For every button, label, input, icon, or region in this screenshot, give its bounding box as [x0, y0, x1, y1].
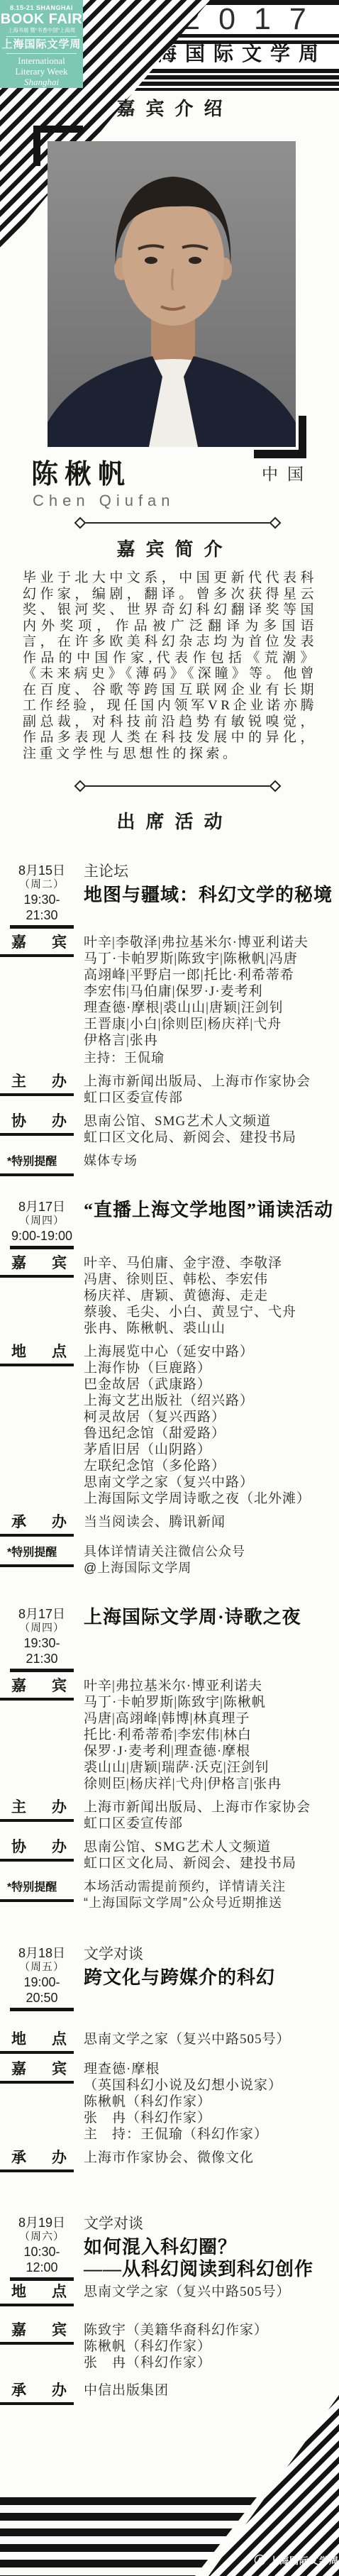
event-5-date-block: 8月19日 （周六） 10:30-12:00: [0, 2215, 74, 2281]
coorganizer-list: 思南公馆、SMG艺术人文频道 虹口区文化局、新阅会、建投书局: [84, 1839, 339, 1872]
event-5: 8月19日 （周六） 10:30-12:00 文学对谈 如何混入科幻圈？ ——从…: [0, 2215, 339, 2405]
event-date-time: 19:30-21:30: [10, 892, 74, 923]
guest-name-en: Chen Qiufan: [33, 492, 175, 509]
guest-list: 叶辛|李敬泽|弗拉基米尔·博亚利诺夫 马丁·卡帕罗斯|陈致宇|陈楸帆|冯唐 高翊…: [84, 934, 339, 1049]
event-5-row-guests: 嘉宾 陈致宇（美籍华裔科幻作家） 陈楸帆（科幻作家） 张 冉（科幻作家）: [0, 2322, 339, 2371]
event-date-time: 19:00-20:50: [10, 1974, 74, 2006]
event-date-day: 8月17日: [10, 1199, 74, 1215]
event-1-title: 地图与疆域：科幻文学的秘境: [84, 884, 339, 906]
badge-title-en: BOOK FAIR: [0, 12, 83, 27]
event-date-day: 8月18日: [10, 1945, 74, 1961]
divider-line: [84, 785, 271, 787]
event-1-row-reminder: *特别提醒 媒体专场: [0, 1153, 339, 1176]
date-underline: [10, 2008, 74, 2011]
row-label-reminder: *特别提醒: [0, 1153, 74, 1176]
event-2-date-block: 8月17日 （周四） 9:00-19:00: [0, 1199, 74, 1249]
guest-name-cn: 陈楸帆: [31, 458, 131, 491]
row-label: 嘉宾: [0, 1678, 74, 1701]
guest-list: 陈致宇（美籍华裔科幻作家） 陈楸帆（科幻作家） 张 冉（科幻作家）: [84, 2322, 339, 2371]
reminder-text: 本场活动需提前预约，详情请关注 “上海国际文学周”公众号近期推送: [84, 1879, 339, 1911]
event-4-date-block: 8月18日 （周五） 19:00-20:50: [0, 1945, 74, 2011]
venue-list: 上海展览中心（延安中路） 上海作协（巨鹿路） 巴金故居（武康路） 上海文艺出版社…: [84, 1344, 339, 1507]
event-1-date-block: 8月15日 （周二） 19:30-21:30: [0, 863, 74, 929]
guest-bio: 毕业于北大中文系，中国更新代代表科幻作家，编剧，翻译。曾多次获得星云奖、银河奖、…: [23, 570, 317, 762]
guest-list: 理查德·摩根 （英国科幻小说及幻想小说家） 陈楸帆（科幻作家） 张 冉（科幻作家…: [84, 2061, 339, 2143]
diamond-icon: [74, 780, 87, 792]
date-underline: [10, 925, 74, 929]
event-1-row-guests: 嘉宾 叶辛|李敬泽|弗拉基米尔·博亚利诺夫 马丁·卡帕罗斯|陈致宇|陈楸帆|冯唐…: [0, 934, 339, 1066]
event-date-weekday: （周六）: [10, 2230, 74, 2243]
event-3: 8月17日 （周四） 19:30-21:30 上海国际文学周·诗歌之夜 嘉宾 叶…: [0, 1606, 339, 1911]
date-underline: [10, 1669, 74, 1672]
event-date-weekday: （周四）: [10, 1622, 74, 1635]
event-2-row-guests: 嘉宾 叶辛、马伯庸、金宇澄、李敬泽 冯唐、徐则臣、韩松、李宏伟 杨庆祥、唐颖、黄…: [0, 1255, 339, 1337]
guest-country: 中国: [262, 465, 313, 485]
venue-list: 思南文学之家（复兴中路505号）: [84, 2031, 339, 2047]
event-1-row-organizer: 主办 上海市新闻出版局、上海市作家协会 虹口区委宣传部: [0, 1073, 339, 1106]
guest-portrait-illustration: [48, 141, 296, 447]
event-1: 8月15日 （周二） 19:30-21:30 主论坛 地图与疆域：科幻文学的秘境…: [0, 863, 339, 1176]
event-1-kind: 主论坛: [84, 863, 339, 881]
event-date-day: 8月19日: [10, 2215, 74, 2230]
book-fair-badge: 8.15-21 SHANGHAI BOOK FAIR 上海书展 暨“书香中国”上…: [0, 0, 83, 88]
event-5-title: 如何混入科幻圈？ ——从科幻阅读到科幻创作: [84, 2236, 339, 2280]
event-4-title: 跨文化与跨媒介的科幻: [84, 1967, 339, 1989]
event-date-time: 10:30-12:00: [10, 2244, 74, 2275]
event-4-row-guests: 嘉宾 理查德·摩根 （英国科幻小说及幻想小说家） 陈楸帆（科幻作家） 张 冉（科…: [0, 2061, 339, 2143]
guest-photo: [48, 141, 296, 447]
row-label: 嘉宾: [0, 2322, 74, 2345]
row-label-reminder: *特别提醒: [0, 1879, 74, 1902]
heading-guest-intro: 嘉宾介绍: [0, 99, 339, 120]
row-label: 主办: [0, 1073, 74, 1096]
event-1-host: 主持：王侃瑜: [84, 1050, 339, 1066]
operator-list: 当当阅读会、腾讯新闻: [84, 1514, 339, 1530]
event-4-row-venue: 地点 思南文学之家（复兴中路505号）: [0, 2031, 339, 2054]
event-date-weekday: （周五）: [10, 1961, 74, 1974]
event-3-row-coorganizer: 协办 思南公馆、SMG艺术人文频道 虹口区文化局、新阅会、建投书局: [0, 1839, 339, 1872]
operator-list: 中信出版集团: [84, 2382, 339, 2399]
row-label: 承办: [0, 2150, 74, 2172]
divider: [76, 782, 279, 790]
event-5-kind: 文学对谈: [84, 2215, 339, 2233]
photo-corner-bracket-bottom-right: [254, 416, 306, 458]
event-2-row-venue: 地点 上海展览中心（延安中路） 上海作协（巨鹿路） 巴金故居（武康路） 上海文艺…: [0, 1344, 339, 1507]
row-label: 承办: [0, 2382, 74, 2405]
event-3-title: 上海国际文学周·诗歌之夜: [84, 1606, 339, 1628]
event-date-day: 8月15日: [10, 863, 74, 878]
divider: [76, 519, 279, 527]
diamond-icon: [269, 517, 282, 529]
row-label: 承办: [0, 1514, 74, 1537]
event-4-kind: 文学对谈: [84, 1945, 339, 1964]
event-date-time: 19:30-21:30: [10, 1635, 74, 1666]
event-date-weekday: （周二）: [10, 878, 74, 891]
event-3-row-guests: 嘉宾 叶辛|弗拉基米尔·博亚利诺夫 马丁·卡帕罗斯|陈致宇|陈楸帆 冯唐|高翊峰…: [0, 1678, 339, 1792]
diagonal-stripes-bottom-right: [197, 2389, 339, 2576]
reminder-text: 具体详情请关注微信公众号 @上海国际文学周: [84, 1544, 339, 1576]
row-label: 嘉宾: [0, 934, 74, 957]
row-label: 协办: [0, 1113, 74, 1136]
row-label: 地点: [0, 1344, 74, 1366]
badge-divider: [6, 36, 77, 37]
event-1-row-coorganizer: 协办 思南公馆、SMG艺术人文频道 虹口区文化局、新阅会、建投书局: [0, 1113, 339, 1146]
literary-week-logo-icon: [254, 2554, 266, 2566]
event-2-row-operator: 承办 当当阅读会、腾讯新闻: [0, 1514, 339, 1537]
row-label-reminder: *特别提醒: [0, 1544, 74, 1567]
event-3-date-block: 8月17日 （周四） 19:30-21:30: [0, 1606, 74, 1672]
divider-line: [84, 522, 271, 524]
venue-list: 思南文学之家（复兴中路505号）: [84, 2284, 339, 2300]
row-label: 地点: [0, 2031, 74, 2054]
diamond-icon: [269, 780, 282, 792]
footer-logo: 上海国际文学周: [254, 2553, 339, 2567]
badge-intl-line1: International: [0, 55, 83, 66]
diamond-icon: [74, 517, 87, 529]
heading-events: 出席活动: [0, 812, 339, 833]
badge-script-shanghai: Shanghai: [0, 77, 83, 87]
event-2-title: “直播上海文学地图”诵读活动: [84, 1199, 339, 1221]
row-label: 主办: [0, 1799, 74, 1822]
footer-logo-text: 上海国际文学周: [269, 2553, 339, 2567]
coorganizer-list: 思南公馆、SMG艺术人文频道 虹口区文化局、新阅会、建投书局: [84, 1113, 339, 1146]
event-4-row-operator: 承办 上海市作家协会、微像文化: [0, 2150, 339, 2172]
event-5-row-operator: 承办 中信出版集团: [0, 2382, 339, 2405]
event-2-row-reminder: *特别提醒 具体详情请关注微信公众号 @上海国际文学周: [0, 1544, 339, 1576]
guest-list: 叶辛、马伯庸、金宇澄、李敬泽 冯唐、徐则臣、韩松、李宏伟 杨庆祥、唐颖、黄德海、…: [84, 1255, 339, 1337]
badge-divider: [6, 53, 77, 54]
row-label: 地点: [0, 2284, 74, 2306]
event-4: 8月18日 （周五） 19:00-20:50 文学对谈 跨文化与跨媒介的科幻 地…: [0, 1945, 339, 2172]
poster: 2017 上海国际文学周 8.15-21 SHANGHAI BOOK FAIR …: [0, 0, 339, 2576]
badge-title-cn: 上海国际文学周: [0, 38, 83, 51]
organizer-list: 上海市新闻出版局、上海市作家协会 虹口区委宣传部: [84, 1799, 339, 1832]
event-date-day: 8月17日: [10, 1606, 74, 1622]
heading-guest-profile: 嘉宾简介: [0, 539, 339, 560]
badge-intl-line2: Literary Week: [0, 66, 83, 77]
date-underline: [10, 1246, 74, 1249]
operator-list: 上海市作家协会、微像文化: [84, 2150, 339, 2166]
guest-list: 叶辛|弗拉基米尔·博亚利诺夫 马丁·卡帕罗斯|陈致宇|陈楸帆 冯唐|高翊峰|韩博…: [84, 1678, 339, 1792]
row-label: 协办: [0, 1839, 74, 1862]
badge-subtitle-cn: 上海书展 暨“书香中国”上海周: [4, 27, 80, 33]
date-underline: [10, 2277, 74, 2281]
event-3-row-reminder: *特别提醒 本场活动需提前预约，详情请关注 “上海国际文学周”公众号近期推送: [0, 1879, 339, 1911]
reminder-text: 媒体专场: [84, 1153, 339, 1169]
event-date-weekday: （周四）: [10, 1215, 74, 1227]
event-5-row-venue: 地点 思南文学之家（复兴中路505号）: [0, 2284, 339, 2306]
row-label: 嘉宾: [0, 1255, 74, 1278]
row-label: 嘉宾: [0, 2061, 74, 2084]
event-2: 8月17日 （周四） 9:00-19:00 “直播上海文学地图”诵读活动 嘉宾 …: [0, 1199, 339, 1576]
event-3-row-organizer: 主办 上海市新闻出版局、上海市作家协会 虹口区委宣传部: [0, 1799, 339, 1832]
event-date-time: 9:00-19:00: [10, 1228, 74, 1244]
organizer-list: 上海市新闻出版局、上海市作家协会 虹口区委宣传部: [84, 1073, 339, 1106]
